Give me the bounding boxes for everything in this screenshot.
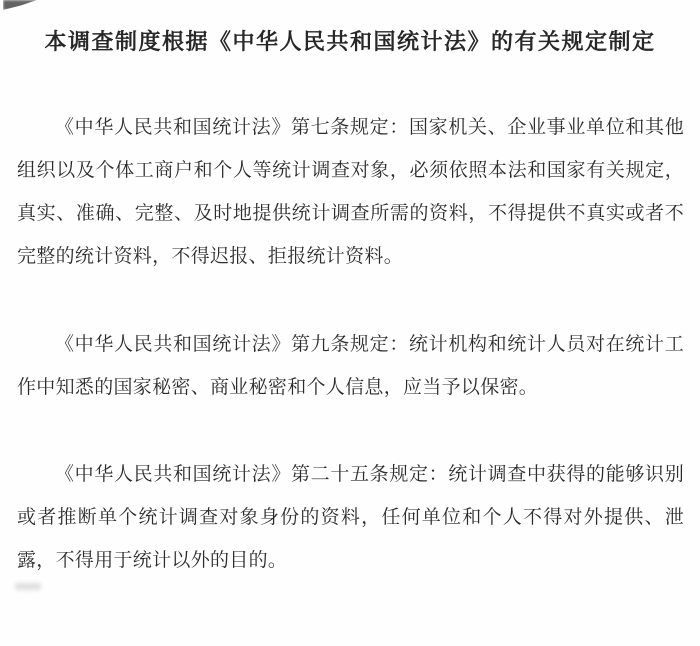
- paragraph-article-25: 《中华人民共和国统计法》第二十五条规定：统计调查中获得的能够识别或者推断单个统计…: [17, 453, 684, 582]
- smudge-artifact: [15, 583, 41, 590]
- paragraph-article-7: 《中华人民共和国统计法》第七条规定：国家机关、企业事业单位和其他组织以及个体工商…: [17, 106, 684, 278]
- paragraph-article-9: 《中华人民共和国统计法》第九条规定：统计机构和统计人员对在统计工作中知悉的国家秘…: [17, 323, 684, 409]
- page-title: 本调查制度根据《中华人民共和国统计法》的有关规定制定: [0, 0, 700, 63]
- document-page: 本调查制度根据《中华人民共和国统计法》的有关规定制定 《中华人民共和国统计法》第…: [0, 0, 700, 646]
